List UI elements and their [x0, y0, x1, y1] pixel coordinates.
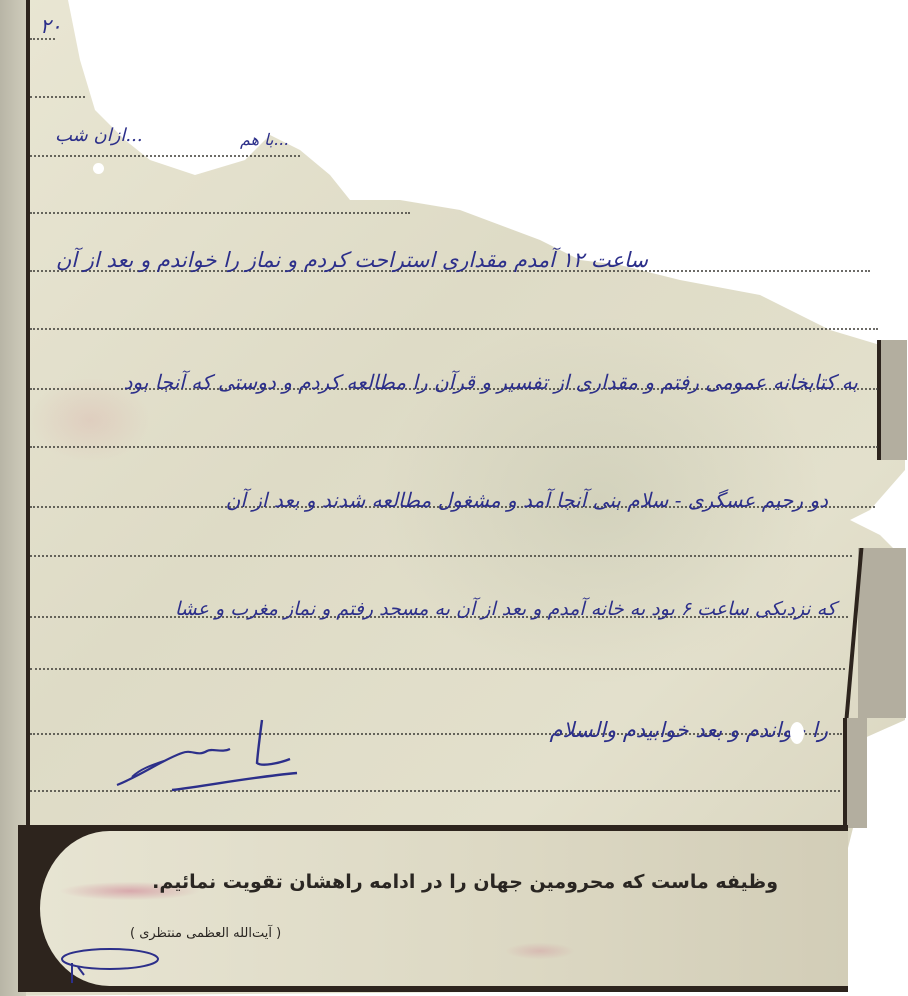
ruled-line [30, 328, 878, 330]
quote-text: وظیفه ماست که محرومین جهان را در ادامه ر… [152, 871, 778, 893]
quote-author: ( آیت‌الله العظمی منتظری ) [40, 926, 848, 941]
handwritten-line-5: به کتابخانه عمومی رفتم و مقداری از تفسیر… [124, 370, 858, 394]
ruled-line [30, 446, 878, 448]
margin-line [26, 0, 30, 830]
paper-fold [858, 548, 906, 718]
handwritten-line-4: ساعت ۱۲ آمدم مقداری استراحت کردم و نماز … [56, 248, 648, 272]
right-margin-line [877, 340, 881, 460]
handwritten-line-1: ۲۰ [40, 14, 61, 38]
ruled-line [30, 212, 410, 214]
paper-tear [790, 722, 804, 744]
page-number-mark [50, 945, 160, 985]
handwritten-line-3: ...ازان شب [55, 125, 143, 146]
right-margin-line [843, 718, 847, 828]
ruled-line [30, 668, 845, 670]
paper-fold [881, 340, 907, 460]
ruled-line [30, 555, 852, 557]
ruled-line [30, 155, 300, 157]
handwritten-line-2: ...با هم [240, 130, 289, 149]
handwritten-line-6: دو رحیم عسگری - سلام بنی آنجا آمد و مشغو… [226, 488, 828, 512]
paper-hole [93, 163, 104, 174]
ruled-line [30, 38, 55, 40]
paper-fold [847, 718, 867, 828]
ruled-line [30, 96, 85, 98]
handwritten-line-7: که نزدیکی ساعت ۶ بود به خانه آمدم و بعد … [175, 598, 836, 620]
handwritten-line-8: را خواندم و بعد خوابیدم والسلام [549, 718, 828, 742]
signature [112, 715, 302, 795]
